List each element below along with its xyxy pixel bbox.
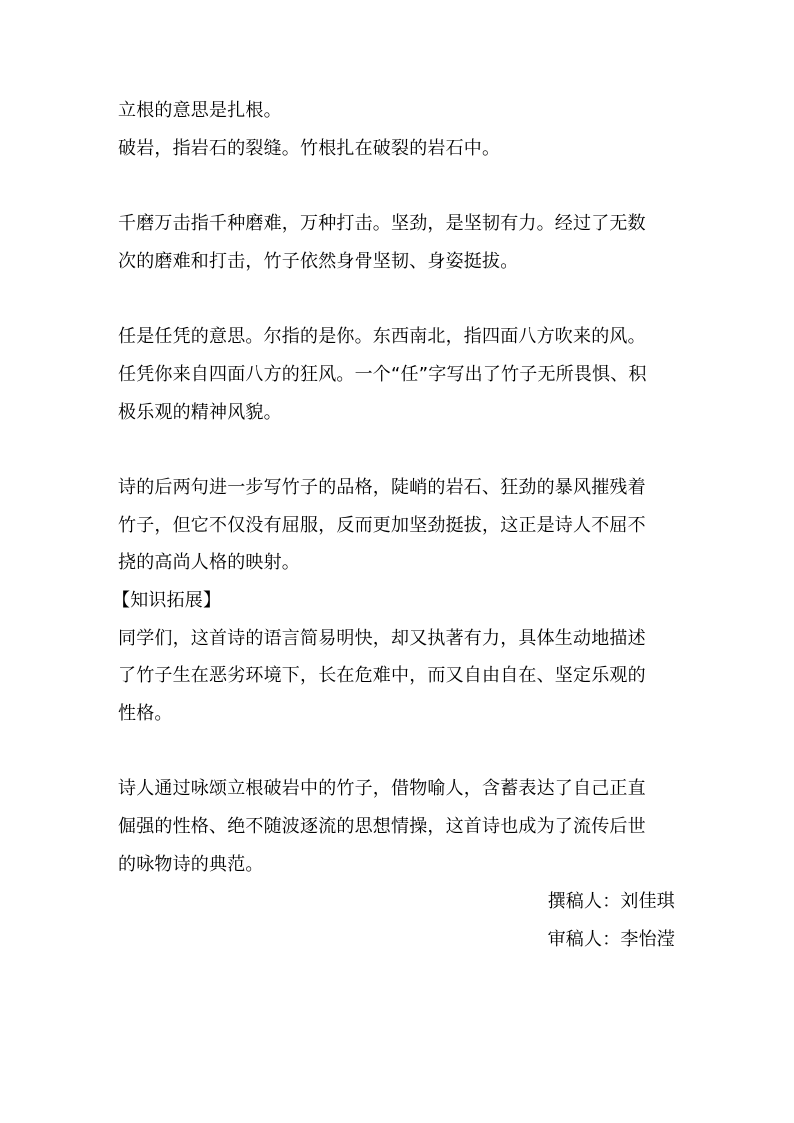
blank-line: [118, 733, 678, 771]
paragraph-line: 竹子，但它不仅没有屈服，反而更加坚劲挺拔，这正是诗人不屈不: [118, 507, 678, 545]
document-page: 立根的意思是扎根。 破岩，指岩石的裂缝。竹根扎在破裂的岩石中。 千磨万击指千种磨…: [118, 92, 678, 959]
blank-line: [118, 431, 678, 469]
paragraph-line: 立根的意思是扎根。: [118, 92, 678, 130]
paragraph-line: 任凭你来自四面八方的狂风。一个“任”字写出了竹子无所畏惧、积: [118, 356, 678, 394]
paragraph-line: 任是任凭的意思。尔指的是你。东西南北，指四面八方吹来的风。: [118, 318, 678, 356]
paragraph-line: 了竹子生在恶劣环境下，长在危难中，而又自由自在、坚定乐观的: [118, 657, 678, 695]
blank-line: [118, 280, 678, 318]
paragraph-line: 极乐观的精神风貌。: [118, 394, 678, 432]
paragraph-line: 性格。: [118, 695, 678, 733]
section-heading-knowledge-extension: 【知识拓展】: [112, 582, 678, 620]
paragraph-line: 倔强的性格、绝不随波逐流的思想情操，这首诗也成为了流传后世: [118, 808, 678, 846]
paragraph-line: 次的磨难和打击，竹子依然身骨坚韧、身姿挺拔。: [118, 243, 678, 281]
paragraph-line: 诗的后两句进一步写竹子的品格，陡峭的岩石、狂劲的暴风摧残着: [118, 469, 678, 507]
author-credit: 撰稿人：刘佳琪: [118, 883, 675, 921]
paragraph-line: 挠的高尚人格的映射。: [118, 544, 678, 582]
paragraph-line: 千磨万击指千种磨难，万种打击。坚劲，是坚韧有力。经过了无数: [118, 205, 678, 243]
paragraph-line: 诗人通过咏颂立根破岩中的竹子，借物喻人，含蓄表达了自己正直: [118, 770, 678, 808]
reviewer-credit: 审稿人：李怡滢: [118, 921, 675, 959]
blank-line: [118, 167, 678, 205]
paragraph-line: 破岩，指岩石的裂缝。竹根扎在破裂的岩石中。: [118, 130, 678, 168]
paragraph-line: 同学们，这首诗的语言简易明快，却又执著有力，具体生动地描述: [118, 620, 678, 658]
paragraph-line: 的咏物诗的典范。: [118, 846, 678, 884]
